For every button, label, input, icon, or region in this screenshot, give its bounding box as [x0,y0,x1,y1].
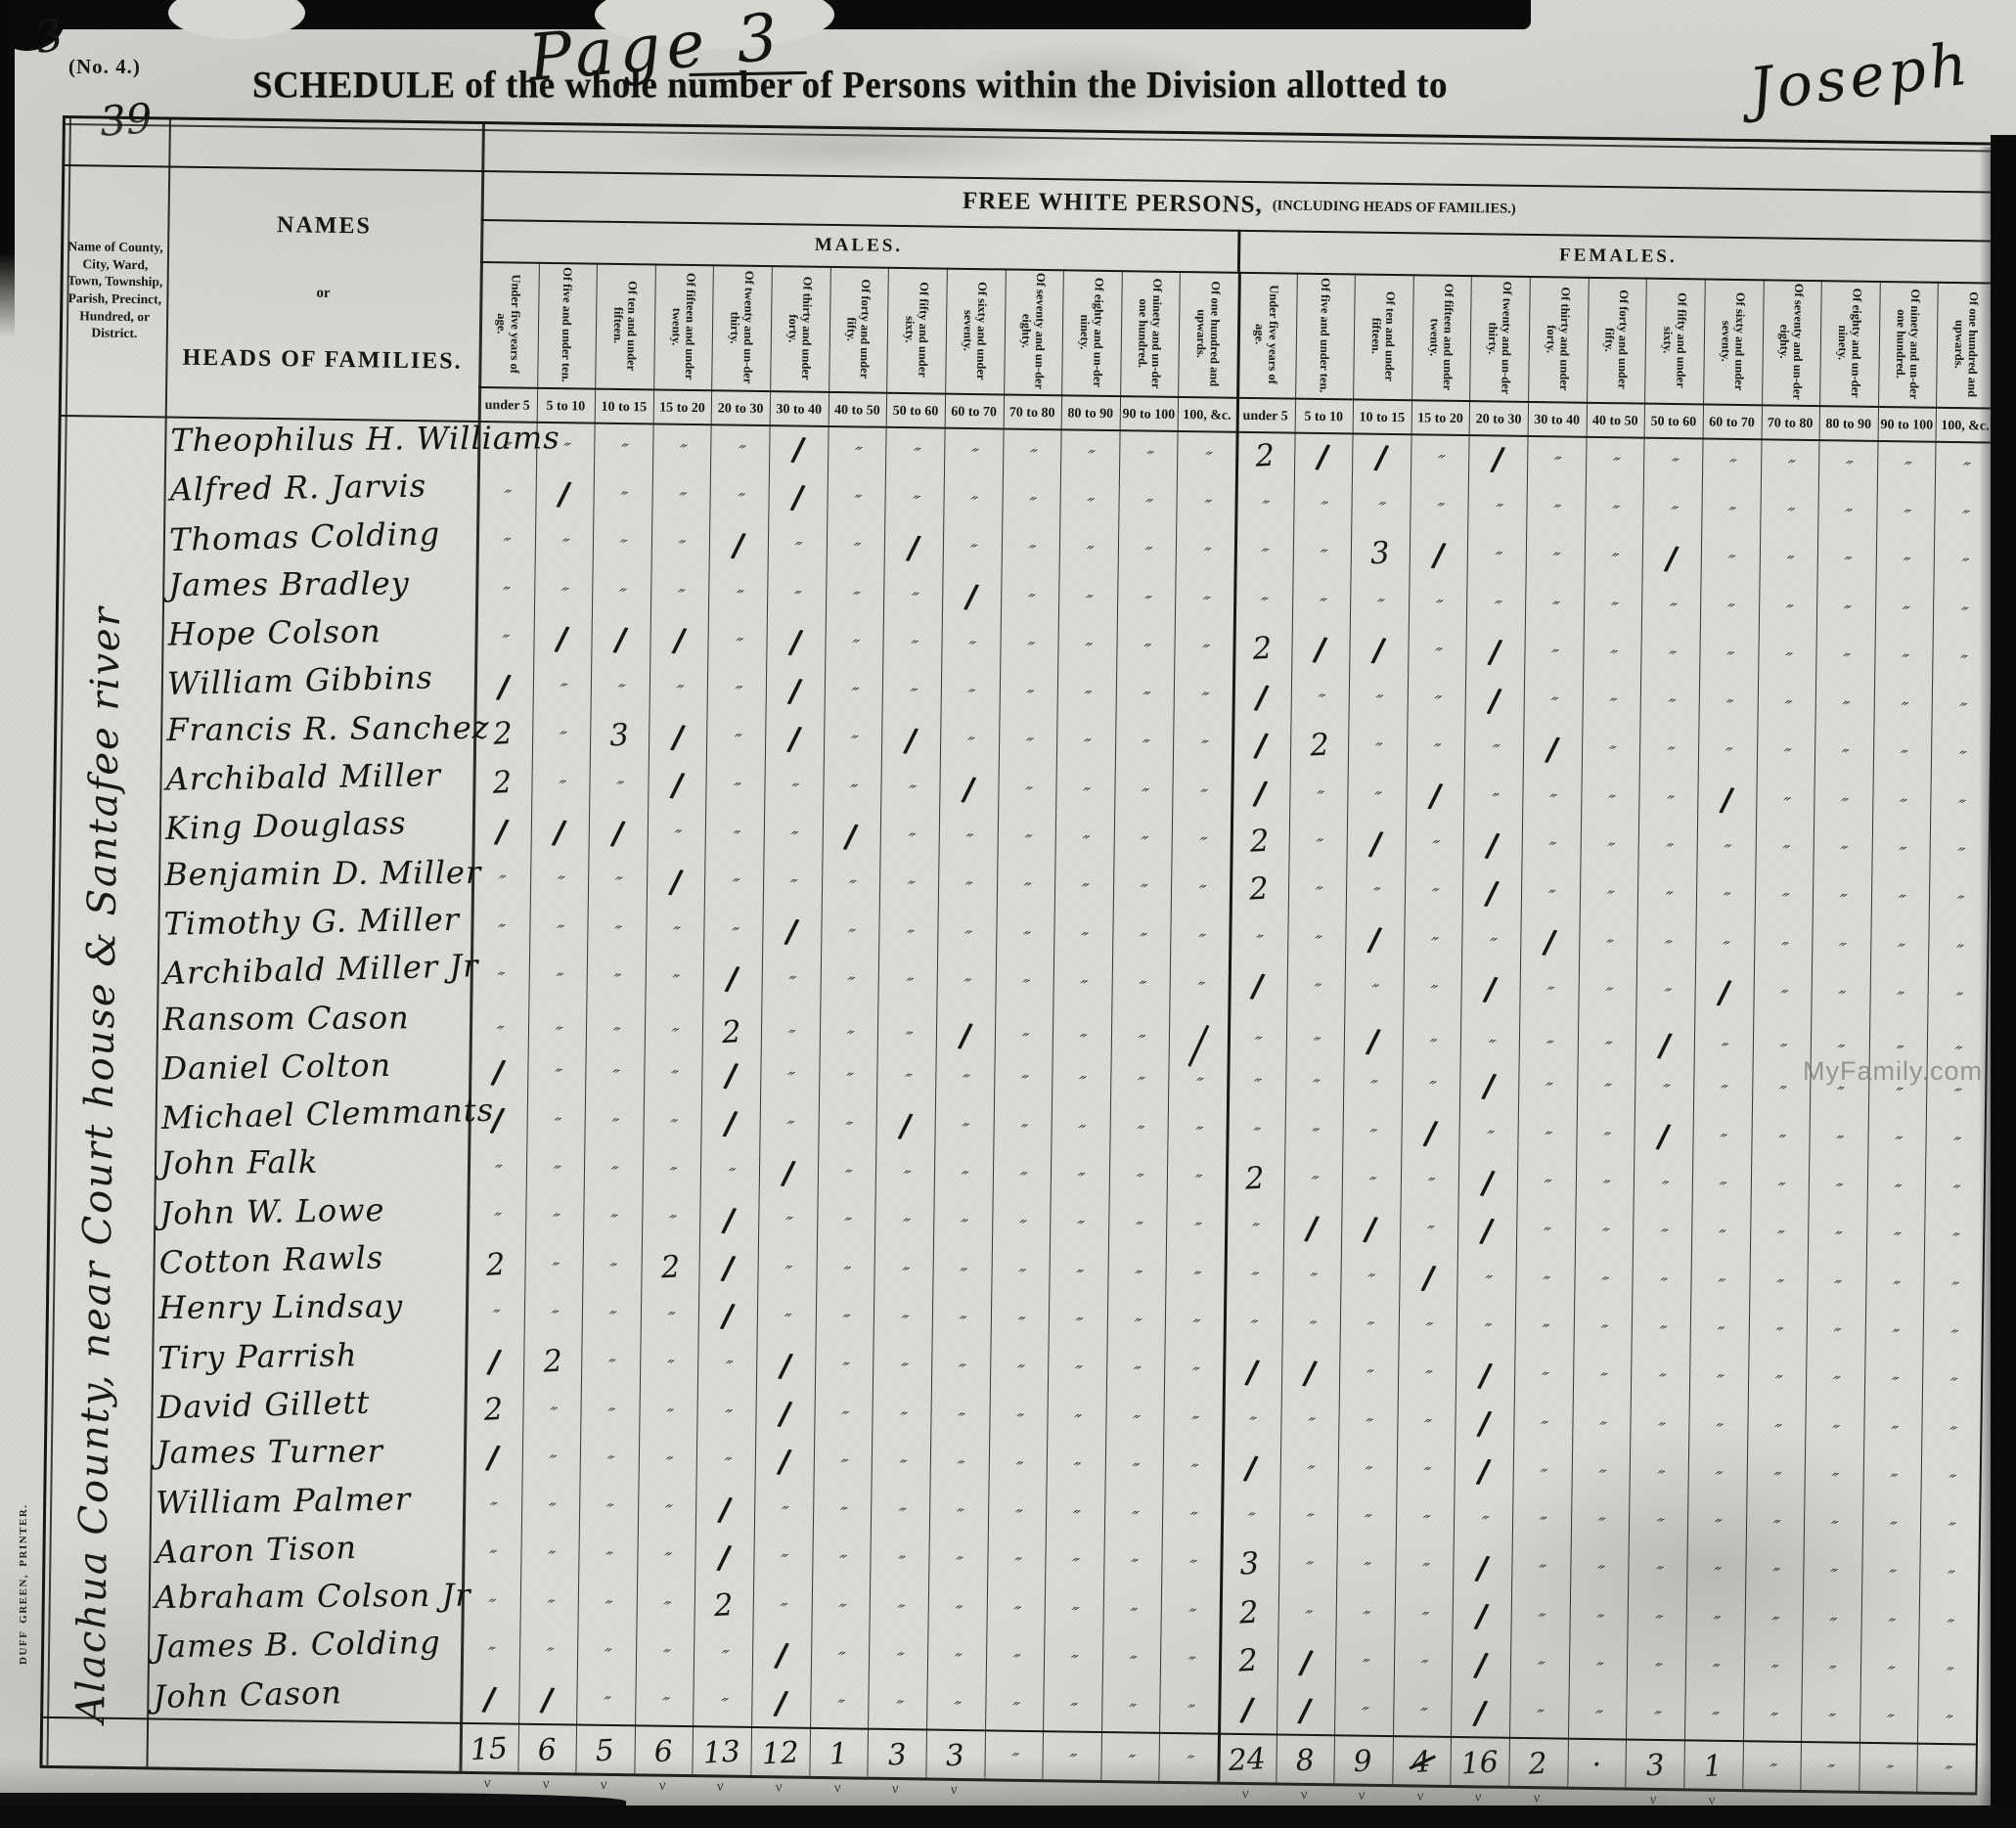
tally-ditto-mark: ″ [1126,1508,1141,1530]
tally-ditto-mark: ″ [1590,1659,1605,1680]
tally-ditto-mark: ″ [1595,1321,1610,1343]
tally-ditto-mark: ″ [600,1597,614,1619]
tally-cell: ″ [1641,581,1700,630]
tally-cell: ″ [883,571,942,620]
tally-ditto-mark: ″ [1137,736,1151,758]
tally-cell: ″ [1119,429,1178,478]
tally-cell: ″ [874,1294,932,1343]
tally-cell: ″ [1753,968,1812,1017]
tally-ditto-mark: ″ [1081,543,1096,564]
head-of-family-name: Ransom Cason [162,998,495,1037]
tally-cell: ″ [1747,1355,1806,1404]
tally-ditto-mark: ″ [1370,739,1385,761]
tally-cell: / [1463,820,1522,869]
tally-cell: ″ [1582,677,1640,726]
tally-cell: ″ [581,1338,640,1387]
tally-ditto-mark: ″ [1606,550,1621,571]
tally-value: 3 [608,718,630,754]
tally-ditto-mark: ″ [1886,1373,1901,1395]
printer-credit: DUFF GREEN, PRINTER. [18,1503,29,1665]
tally-cell: ″ [1393,1687,1452,1736]
tally-value: / [1655,1117,1673,1156]
tally-ditto-mark: ″ [482,1643,497,1665]
tally-cell: ″ [998,717,1056,766]
tally-cell: / [1452,1639,1510,1688]
tally-cell: ″ [1578,966,1636,1015]
tally-cell: ″ [636,1628,694,1677]
head-of-family-name: Aaron Tison [155,1526,488,1571]
tally-value: / [1426,776,1444,815]
tally-cell: ″ [1404,915,1462,964]
tally-ditto-mark: ″ [1593,1466,1608,1488]
tally-ditto-mark: ″ [1419,1367,1434,1389]
tally-ditto-mark: ″ [1192,930,1207,952]
tally-cell: ″ [1515,1303,1574,1352]
tally-cell: ″ [463,1481,521,1530]
tally-ditto-mark: ″ [1602,839,1617,861]
tally-ditto-mark: ″ [1840,505,1855,526]
tally-ditto-mark: ″ [1823,1711,1838,1732]
tally-cell: ″ [998,765,1056,814]
tally-cell: / [942,571,1001,620]
tally-cell: ″ [583,1242,642,1291]
tally-cell: ″ [1396,1446,1455,1494]
tally-ditto-mark: ″ [1195,689,1210,710]
age-column-header: Of ten and under fifteen. [595,263,654,389]
tally-value: / [667,862,685,901]
tally-cell: ″ [874,1197,933,1246]
tally-cell: / [876,1101,935,1150]
tally-cell: ″ [1803,1548,1861,1597]
tally-ditto-mark: ″ [1952,796,1967,818]
tally-cell: ″ [880,764,939,813]
tally-ditto-mark: ″ [1073,1121,1088,1142]
tally-cell: ″ [519,1579,578,1627]
tally-ditto-mark: ″ [1019,831,1034,853]
tally-cell: ″ [1759,535,1817,584]
tally-ditto-mark: ″ [896,1264,911,1285]
tally-cell: ″ [1044,1634,1102,1683]
tally-ditto-mark: ″ [1125,1556,1140,1578]
tally-cell: ″ [1057,621,1116,670]
tally-cell: 2 [1232,624,1291,673]
tally-cell: ″ [873,1342,931,1391]
tally-ditto-mark: ″ [1839,554,1854,575]
tally-cell: ″ [1170,913,1229,961]
tally-ditto-mark: ″ [1665,503,1680,524]
tally-cell: ″ [940,716,999,765]
tally-cell: ″ [878,909,937,958]
tally-ditto-mark: ″ [1372,595,1387,616]
tally-cell: 2 [1235,431,1294,480]
tally-cell: ″ [1410,482,1468,531]
scanned-census-page: { "page": { "corner_mark": "3", "form_no… [0,0,2016,1828]
tally-cell: / [698,1292,757,1341]
tally-ditto-mark: ″ [1065,1700,1080,1721]
tally-value: 2 [1244,1161,1266,1197]
tally-ditto-mark: ″ [1130,1219,1144,1240]
head-of-family-name: King Douglass [164,802,498,847]
tally-cell: ″ [1802,1596,1860,1645]
tally-value: / [772,1683,789,1722]
tally-ditto-mark: ″ [902,877,917,899]
tally-ditto-mark: ″ [1009,1506,1024,1528]
tally-ditto-mark: ″ [1829,1276,1844,1298]
tally-cell: ″ [1289,770,1348,819]
tally-cell: / [709,520,768,569]
tally-ditto-mark: ″ [1185,1508,1199,1530]
tally-ditto-mark: ″ [669,826,684,848]
tally-cell: ″ [1115,719,1174,768]
tally-cell: ″ [696,1436,755,1485]
tally-cell: ″ [1699,631,1758,680]
tally-ditto-mark: ″ [550,1023,564,1045]
tally-ditto-mark: ″ [1835,842,1850,864]
tally-ditto-mark: ″ [1193,833,1208,855]
tally-cell: ″ [461,1626,519,1674]
tally-ditto-mark: ″ [1895,747,1909,769]
tally-ditto-mark: ″ [1311,835,1325,857]
tally-ditto-mark: ″ [1424,1035,1439,1056]
tally-cell: ″ [474,613,533,662]
tally-ditto-mark: ″ [1892,988,1906,1009]
tally-ditto-mark: ″ [847,588,862,609]
tally-ditto-mark: ″ [1830,1228,1845,1250]
tally-cell: ″ [1745,1499,1804,1548]
tally-value: / [1365,1021,1382,1060]
tally-cell: ″ [636,1580,694,1628]
tally-ditto-mark: ″ [498,535,513,557]
tally-cell: / [1232,721,1290,770]
tally-cell: ″ [871,1487,929,1536]
tally-cell: ″ [1572,1401,1631,1449]
tally-cell: ″ [810,1630,869,1679]
tally-cell: ″ [1234,527,1293,576]
tally-ditto-mark: ″ [604,1356,618,1377]
tally-cell: / [701,1098,760,1147]
tally-cell: ″ [929,1440,988,1489]
tally-cell: ″ [1394,1639,1453,1688]
tally-value: / [716,1490,734,1529]
tally-cell: ″ [1055,815,1114,864]
tally-ditto-mark: ″ [1010,1458,1025,1480]
tally-ditto-mark: ″ [1956,507,1971,528]
tally-ditto-mark: ″ [893,1504,908,1526]
tally-ditto-mark: ″ [842,973,857,995]
tally-cell: ″ [1461,916,1520,965]
tally-cell: ″ [1817,536,1876,585]
tally-ditto-mark: ″ [844,780,859,802]
tally-cell: ″ [1813,825,1871,873]
tally-ditto-mark: ″ [965,493,980,514]
tally-value: 2 [1251,630,1273,666]
tally-cell: ″ [824,666,882,715]
tally-ditto-mark: ″ [1948,1134,1962,1155]
tally-cell: ″ [1456,1302,1515,1351]
tally-ditto-mark: ″ [1246,1269,1261,1290]
tally-cell: / [1401,1108,1459,1157]
tally-ditto-mark: ″ [1713,1226,1727,1248]
tally-cell: / [518,1674,577,1723]
tally-ditto-mark: ″ [949,1650,963,1672]
tally-cell: ″ [1225,1202,1283,1251]
tally-ditto-mark: ″ [1649,1660,1664,1681]
tally-ditto-mark: ″ [1014,1169,1029,1190]
tally-cell: ″ [1754,872,1813,921]
tally-ditto-mark: ″ [489,1210,504,1231]
tally-ditto-mark: ″ [1421,1223,1436,1244]
tally-ditto-mark: ″ [1724,504,1738,525]
tally-cell: / [1462,869,1521,917]
tally-ditto-mark: ″ [1771,1227,1786,1249]
tally-cell: 2 [1226,1154,1284,1203]
county-column-header: Name of County, City, Ward, Town, Townsh… [62,164,169,416]
tally-ditto-mark: ″ [1706,1709,1721,1730]
tally-value: / [1479,1211,1497,1250]
tally-cell: ″ [1286,962,1345,1011]
tally-value: / [1541,922,1558,961]
tally-ditto-mark: ″ [1599,1038,1614,1059]
tally-cell: ″ [1348,722,1407,771]
tally-ditto-mark: ″ [1359,1559,1373,1581]
tally-ditto-mark: ″ [1183,1653,1197,1674]
tally-value: / [1487,632,1504,671]
tally-cell: ″ [931,1343,990,1392]
head-of-family-name: John W. Lowe [159,1189,493,1231]
tally-value: / [612,620,630,659]
tally-cell: ″ [1745,1547,1804,1596]
tally-cell: ″ [1526,532,1585,581]
age-range-label: 60 to 70 [945,395,1004,430]
tally-cell: / [465,1336,523,1385]
tally-ditto-mark: ″ [665,1067,680,1089]
tally-cell: ″ [758,1196,817,1245]
tally-cell: ″ [1640,678,1699,727]
tally-ditto-mark: ″ [1899,458,1913,479]
tally-cell: / [1461,964,1520,1013]
tally-ditto-mark: ″ [1839,602,1854,623]
tally-ditto-mark: ″ [900,1028,915,1049]
tally-ditto-mark: ″ [1658,985,1673,1006]
tally-ditto-mark: ″ [1082,495,1097,516]
tally-ditto-mark: ″ [1125,1604,1140,1626]
tally-ditto-mark: ″ [963,638,978,659]
tally-value: / [1252,725,1270,764]
tally-value: / [489,1100,507,1139]
tally-ditto-mark: ″ [1127,1459,1142,1481]
tally-ditto-mark: ″ [1017,927,1032,949]
tally-ditto-mark: ″ [1314,594,1328,615]
tally-cell: ″ [1047,1393,1105,1442]
tally-cell: ″ [1165,1298,1224,1347]
tally-ditto-mark: ″ [1072,1218,1087,1239]
tally-cell: ″ [1811,969,1869,1018]
tally-ditto-mark: ″ [1715,1082,1729,1103]
tally-cell: ″ [1864,1308,1923,1357]
tally-ditto-mark: ″ [908,444,922,466]
tally-value: 2 [659,1249,681,1285]
tally-cell: / [695,1533,754,1582]
tally-cell: ″ [1638,775,1697,824]
tally-ditto-mark: ″ [1547,550,1562,571]
tally-cell: ″ [1342,1156,1401,1205]
tally-value: / [1298,1642,1316,1681]
head-of-family-name: Michael Clemmants [160,1092,494,1137]
tally-ditto-mark: ″ [951,1505,965,1527]
rotated-age-headers: Under five years of age.Of five and unde… [478,261,1996,408]
tally-ditto-mark: ″ [1426,885,1441,907]
tally-ditto-mark: ″ [848,540,863,561]
tally-ditto-mark: ″ [612,681,627,702]
tally-cell: ″ [1338,1446,1397,1494]
tally-cell: / [755,1437,814,1486]
tally-cell: ″ [694,1677,752,1726]
tally-ditto-mark: ″ [833,1600,848,1622]
tally-ditto-mark: ″ [1708,1612,1723,1633]
tally-ditto-mark: ″ [1010,1409,1025,1431]
tally-cell: ″ [1640,630,1699,679]
tally-ditto-mark: ″ [1311,787,1325,809]
tally-ditto-mark: ″ [1652,1418,1667,1440]
tally-ditto-mark: ″ [674,440,689,462]
tally-value: 2 [713,1587,735,1624]
tally-ditto-mark: ″ [955,1216,969,1237]
tally-cell: ″ [1049,1297,1107,1346]
tally-ditto-mark: ″ [1774,986,1789,1007]
tally-ditto-mark: ″ [1707,1661,1722,1682]
tally-cell: / [1345,914,1404,963]
tally-cell: / [1635,1112,1693,1161]
tally-cell: ″ [872,1439,930,1488]
tally-ditto-mark: ″ [674,489,689,511]
tally-ditto-mark: ″ [1310,883,1324,905]
tally-ditto-mark: ″ [1655,1178,1670,1199]
tally-ditto-mark: ″ [1888,1277,1903,1299]
tally-ditto-mark: ″ [1945,1374,1959,1396]
tally-ditto-mark: ″ [838,1263,853,1284]
tally-cell: ″ [1756,728,1814,777]
tally-cell: ″ [706,713,765,762]
tally-ditto-mark: ″ [835,1455,850,1477]
tally-ditto-mark: ″ [1301,1510,1316,1532]
tally-ditto-mark: ″ [1139,640,1153,661]
tally-ditto-mark: ″ [1604,694,1619,716]
tally-cell: ″ [759,1099,818,1148]
tally-ditto-mark: ″ [1947,1182,1961,1203]
tally-cell: ″ [1509,1689,1568,1738]
tally-cell: ″ [534,566,593,615]
tally-cell: / [1697,775,1756,824]
tally-ditto-mark: ″ [840,1118,855,1139]
tally-cell: ″ [820,956,878,1004]
tally-cell: ″ [1343,1059,1402,1108]
tally-cell: ″ [1051,1152,1109,1201]
tally-ditto-mark: ″ [898,1167,913,1188]
tally-cell: ″ [1159,1684,1218,1733]
tally-ditto-mark: ″ [1889,1181,1904,1202]
tally-ditto-mark: ″ [1664,599,1679,620]
tally-ditto-mark: ″ [952,1457,966,1479]
tally-ditto-mark: ″ [1717,937,1731,959]
tally-cell: / [768,472,827,521]
age-column-header: Of twenty and un-der thirty. [1470,275,1530,401]
tally-ditto-mark: ″ [1955,555,1970,576]
tally-ditto-mark: ″ [1769,1468,1783,1490]
tally-cell: ″ [1280,1396,1339,1445]
tally-cell: ″ [588,856,647,905]
tally-cell: ″ [1108,1201,1167,1250]
tally-ditto-mark: ″ [483,1595,498,1617]
head-of-family-name: Archibald Miller Jr [162,947,496,992]
tally-ditto-mark: ″ [1251,931,1266,953]
tally-cell: ″ [578,1580,637,1628]
head-of-family-name: William Palmer [156,1479,489,1521]
tally-ditto-mark: ″ [608,970,623,992]
tally-cell: ″ [1059,477,1118,526]
tally-ditto-mark: ″ [1951,892,1966,914]
tally-ditto-mark: ″ [1136,784,1150,806]
tally-ditto-mark: ″ [1016,976,1031,998]
tally-cell: ″ [1635,1063,1693,1112]
tally-ditto-mark: ″ [1709,1564,1724,1585]
tally-cell: ″ [1045,1538,1103,1586]
tally-cell: ″ [818,1100,876,1149]
age-range-label: 40 to 50 [828,393,886,428]
tally-ditto-mark: ″ [1722,600,1736,621]
tally-value: / [1486,680,1503,719]
tally-ditto-mark: ″ [779,1310,793,1331]
tally-cell: / [1352,432,1411,481]
tally-cell: ″ [536,422,595,470]
tally-ditto-mark: ″ [951,1553,965,1575]
age-range-label: under 5 [1236,399,1295,434]
tally-ditto-mark: ″ [1068,1458,1083,1480]
tally-ditto-mark: ″ [607,1066,622,1088]
tally-cell: ″ [1059,525,1118,574]
tally-ditto-mark: ″ [1242,1509,1257,1531]
tally-cell: ″ [1454,1495,1512,1544]
tally-cell: ″ [1917,1694,1976,1743]
tally-value: / [722,1103,739,1142]
tally-ditto-mark: ″ [960,878,974,900]
tally-cell: ″ [1283,1155,1342,1204]
tally-cell: / [1341,1204,1400,1253]
tally-cell: ″ [1583,629,1641,678]
tally-cell: ″ [1575,1207,1634,1256]
tally-cell: ″ [868,1679,926,1728]
tally-ditto-mark: ″ [845,733,860,754]
tally-value: / [670,620,688,659]
tally-cell: ″ [1749,1258,1808,1307]
tally-cell: ″ [1814,729,1873,778]
tally-ditto-mark: ″ [1591,1611,1606,1632]
tally-cell: ″ [1817,487,1876,536]
tally-ditto-mark: ″ [837,1311,852,1332]
tally-cell: / [769,424,828,473]
tally-cell: ″ [1685,1643,1744,1692]
tally-cell: / [1349,626,1408,675]
tally-ditto-mark: ″ [1596,1225,1611,1246]
tally-ditto-mark: ″ [551,969,565,991]
tally-cell: ″ [1408,626,1466,675]
tally-value: / [1297,1690,1315,1729]
tally-cell: ″ [518,1627,577,1675]
tally-cell: 2 [1230,865,1288,914]
tally-cell: ″ [1224,1299,1282,1348]
head-of-family-name: Hope Colson [167,610,501,652]
tally-cell: / [755,1389,814,1438]
tally-cell: ″ [985,1633,1044,1682]
